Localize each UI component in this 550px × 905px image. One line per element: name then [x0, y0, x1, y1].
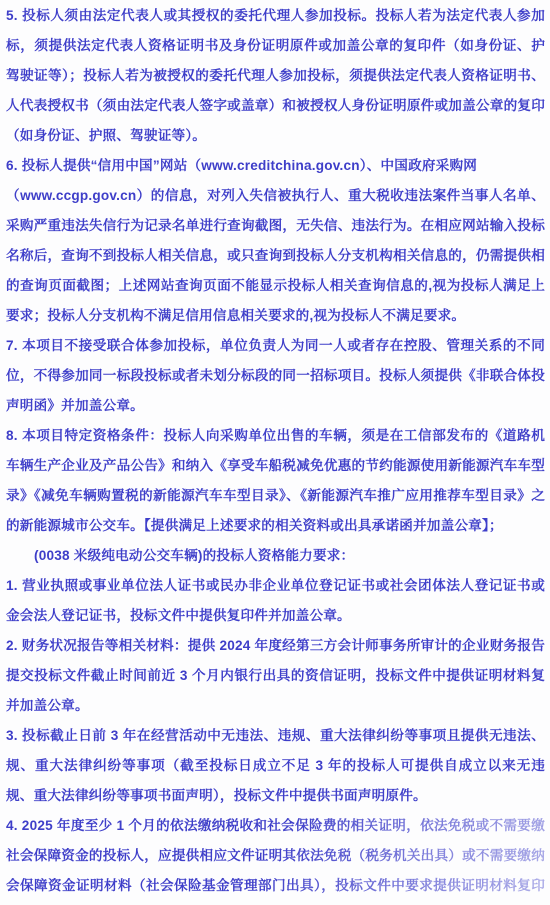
- text-line: 标，须提供法定代表人资格证明书及身份证明原件或加盖公章的复印件（如身份证、护照、: [6, 31, 545, 61]
- text-line: 名称后，查询不到投标人相关信息，或只查询到投标人分支机构相关信息的，仍需提供相应: [6, 241, 545, 271]
- text-line: 录》《减免车辆购置税的新能源汽车车型目录》、《新能源汽车推广应用推荐车型目录》之…: [6, 481, 545, 511]
- text-line: 会保障资金证明材料（社会保险基金管理部门出具），投标文件中要求提供证明材料复印件: [6, 871, 545, 901]
- text-line: 并加盖公章。: [6, 691, 545, 721]
- text-line: 4. 2025 年度至少 1 个月的依法缴纳税收和社会保险费的相关证明，依法免税…: [6, 811, 545, 841]
- text-line: 规、重大法律纠纷等事项书面声明），投标文件中提供书面声明原件。: [6, 781, 545, 811]
- paragraph-clause-7: 7. 本项目不接受联合体参加投标，单位负责人为同一人或者存在控股、管理关系的不同…: [6, 331, 545, 421]
- text-line: 7. 本项目不接受联合体参加投标，单位负责人为同一人或者存在控股、管理关系的不同…: [6, 331, 545, 361]
- text-line: (0038 米级纯电动公交车辆)的投标人资格能力要求：: [6, 541, 545, 571]
- text-line: 1. 营业执照或事业单位法人证书或民办非企业单位登记证书或社会团体法人登记证书或…: [6, 571, 545, 601]
- text-line: （如身份证、护照、驾驶证等）。: [6, 121, 545, 151]
- text-line: 的新能源城市公交车。【提供满足上述要求的相关资料或出具承诺函并加盖公章】；: [6, 511, 545, 541]
- document-body: 5. 投标人须由法定代表人或其授权的委托代理人参加投标。投标人若为法定代表人参加…: [6, 1, 545, 901]
- text-line: 6. 投标人提供“信用中国”网站（www.creditchina.gov.cn）…: [6, 151, 545, 181]
- document-page: 5. 投标人须由法定代表人或其授权的委托代理人参加投标。投标人若为法定代表人参加…: [0, 0, 550, 905]
- text-line: 人代表授权书（须由法定代表人签字或盖章）和被授权人身份证明原件或加盖公章的复印件: [6, 91, 545, 121]
- paragraph-requirement-3: 3. 投标截止日前 3 年在经营活动中无违法、违规、重大法律纠纷等事项且提供无违…: [6, 721, 545, 811]
- paragraph-clause-8: 8. 本项目特定资格条件：投标人向采购单位出售的车辆，须是在工信部发布的《道路机…: [6, 421, 545, 541]
- text-line: 声明函》并加盖公章。: [6, 391, 545, 421]
- text-line: 2. 财务状况报告等相关材料：提供 2024 年度经第三方会计师事务所审计的企业…: [6, 631, 545, 661]
- text-line: 3. 投标截止日前 3 年在经营活动中无违法、违规、重大法律纠纷等事项且提供无违…: [6, 721, 545, 751]
- text-line: 8. 本项目特定资格条件：投标人向采购单位出售的车辆，须是在工信部发布的《道路机…: [6, 421, 545, 451]
- text-line: 驾驶证等）；投标人若为被授权的委托代理人参加投标，须提供法定代表人资格证明书、法: [6, 61, 545, 91]
- paragraph-qualification-heading: (0038 米级纯电动公交车辆)的投标人资格能力要求：: [6, 541, 545, 571]
- text-line: 车辆生产企业及产品公告》和纳入《享受车船税减免优惠的节约能源使用新能源汽车车型目: [6, 451, 545, 481]
- paragraph-requirement-4: 4. 2025 年度至少 1 个月的依法缴纳税收和社会保险费的相关证明，依法免税…: [6, 811, 545, 901]
- paragraph-requirement-1: 1. 营业执照或事业单位法人证书或民办非企业单位登记证书或社会团体法人登记证书或…: [6, 571, 545, 631]
- text-line: 采购严重违法失信行为记录名单进行查询截图，无失信、违法行为。在相应网站输入投标人: [6, 211, 545, 241]
- text-line: 社会保障资金的投标人，应提供相应文件证明其依法免税（税务机关出具）或不需要缴纳社: [6, 841, 545, 871]
- text-line: 提交投标文件截止时间前近 3 个月内银行出具的资信证明，投标文件中提供证明材料复…: [6, 661, 545, 691]
- text-line: 要求；投标人分支机构不满足信用信息相关要求的,视为投标人不满足要求。: [6, 301, 545, 331]
- text-line: 规、重大法律纠纷等事项（截至投标日成立不足 3 年的投标人可提供自成立以来无违法…: [6, 751, 545, 781]
- text-line: （www.ccgp.gov.cn）的信息，对列入失信被执行人、重大税收违法案件当…: [6, 181, 545, 211]
- paragraph-clause-5: 5. 投标人须由法定代表人或其授权的委托代理人参加投标。投标人若为法定代表人参加…: [6, 1, 545, 151]
- text-line: 金会法人登记证书，投标文件中提供复印件并加盖公章。: [6, 601, 545, 631]
- text-line: 的查询页面截图；上述网站查询页面不能显示投标人相关查询信息的,视为投标人满足上述: [6, 271, 545, 301]
- paragraph-requirement-2: 2. 财务状况报告等相关材料：提供 2024 年度经第三方会计师事务所审计的企业…: [6, 631, 545, 721]
- text-line: 位，不得参加同一标段投标或者未划分标段的同一招标项目。投标人须提供《非联合体投标: [6, 361, 545, 391]
- text-line: 5. 投标人须由法定代表人或其授权的委托代理人参加投标。投标人若为法定代表人参加…: [6, 1, 545, 31]
- paragraph-clause-6: 6. 投标人提供“信用中国”网站（www.creditchina.gov.cn）…: [6, 151, 545, 331]
